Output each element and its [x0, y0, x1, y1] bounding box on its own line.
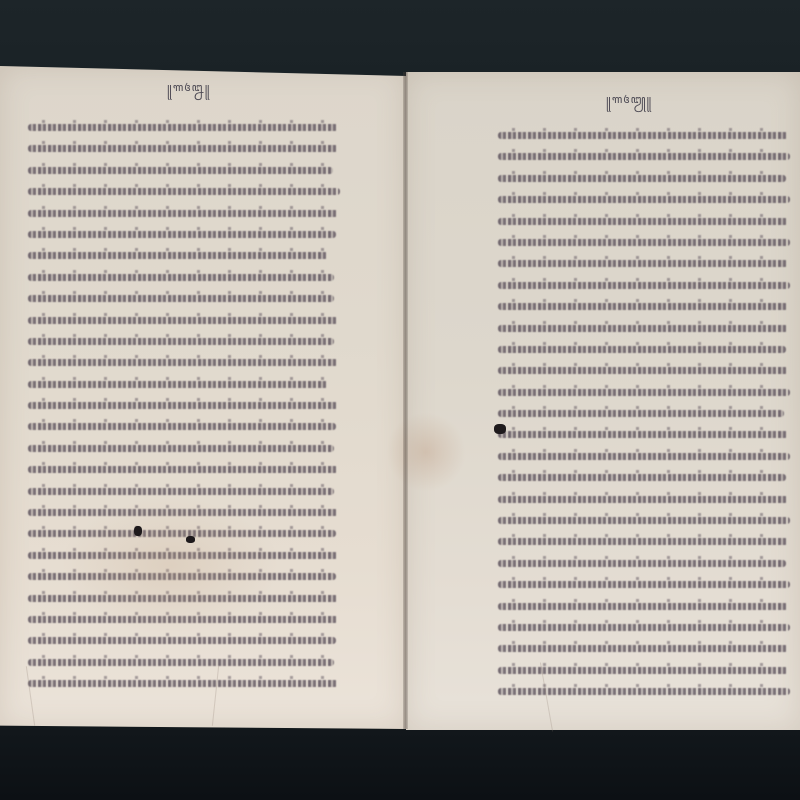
- manuscript-line: line 11: [498, 338, 793, 359]
- handwritten-text: line 23: [28, 595, 338, 602]
- handwritten-text: line 20: [498, 538, 788, 545]
- left-page: ꧋꧑꧔꧒꧋ line 1line 2line 3line 4line 5line…: [0, 66, 406, 729]
- manuscript-line: line 2: [28, 137, 366, 158]
- handwritten-text: line 11: [498, 346, 786, 353]
- handwritten-text: line 1: [498, 132, 788, 139]
- handwritten-text: line 19: [498, 517, 790, 524]
- handwritten-text: line 6: [28, 231, 336, 238]
- handwritten-text: line 4: [498, 196, 790, 203]
- handwritten-text: line 18: [498, 496, 788, 503]
- manuscript-line: line 12: [28, 351, 366, 372]
- handwritten-text: line 23: [498, 603, 788, 610]
- handwritten-text: line 15: [498, 431, 788, 438]
- manuscript-line: line 7: [28, 244, 366, 265]
- manuscript-line: line 24: [498, 616, 793, 637]
- handwritten-text: line 3: [498, 175, 786, 182]
- manuscript-line: line 14: [498, 402, 793, 423]
- book-gutter: [403, 72, 408, 729]
- handwritten-text: line 10: [498, 325, 788, 332]
- left-ink-blot-2: [186, 536, 195, 543]
- manuscript-line: line 9: [28, 287, 366, 308]
- handwritten-text: line 9: [498, 303, 788, 310]
- manuscript-line: line 3: [28, 159, 366, 180]
- right-page: ꧋꧑꧔꧓꧋ line 1line 2line 3line 4line 5line…: [406, 72, 800, 730]
- manuscript-line: line 27: [498, 680, 793, 701]
- manuscript-line: line 2: [498, 145, 793, 166]
- manuscript-line: line 1: [498, 124, 793, 145]
- handwritten-text: line 8: [498, 282, 790, 289]
- handwritten-text: line 26: [28, 659, 334, 666]
- manuscript-line: line 21: [28, 544, 366, 565]
- manuscript-line: line 13: [498, 381, 793, 402]
- right-page-number: ꧋꧑꧔꧓꧋: [606, 92, 652, 114]
- manuscript-line: line 18: [28, 480, 366, 501]
- handwritten-text: line 2: [28, 145, 338, 152]
- manuscript-line: line 21: [498, 552, 793, 573]
- manuscript-line: line 19: [28, 501, 366, 522]
- manuscript-line: line 4: [28, 180, 366, 201]
- manuscript-line: line 18: [498, 488, 793, 509]
- manuscript-line: line 8: [498, 274, 793, 295]
- manuscript-line: line 6: [498, 231, 793, 252]
- handwritten-text: line 2: [498, 153, 790, 160]
- manuscript-line: line 27: [28, 672, 366, 693]
- manuscript-line: line 16: [28, 437, 366, 458]
- manuscript-line: line 6: [28, 223, 366, 244]
- left-ink-blot: [134, 526, 142, 536]
- handwritten-text: line 3: [28, 167, 333, 174]
- open-manuscript: ꧋꧑꧔꧒꧋ line 1line 2line 3line 4line 5line…: [0, 66, 800, 730]
- manuscript-line: line 10: [28, 309, 366, 330]
- manuscript-line: line 15: [498, 423, 793, 444]
- manuscript-line: line 9: [498, 295, 793, 316]
- manuscript-line: line 22: [28, 565, 366, 586]
- handwritten-text: line 21: [28, 552, 338, 559]
- manuscript-line: line 25: [28, 629, 366, 650]
- manuscript-line: line 14: [28, 394, 366, 415]
- handwritten-text: line 17: [28, 466, 338, 473]
- handwritten-text: line 5: [498, 218, 788, 225]
- manuscript-line: line 15: [28, 415, 366, 436]
- handwritten-text: line 18: [28, 488, 334, 495]
- handwritten-text: line 17: [498, 474, 786, 481]
- handwritten-text: line 21: [498, 560, 786, 567]
- manuscript-line: line 19: [498, 509, 793, 530]
- manuscript-line: line 1: [28, 116, 366, 137]
- left-page-text-block: line 1line 2line 3line 4line 5line 6line…: [28, 116, 366, 694]
- handwritten-text: line 5: [28, 210, 338, 217]
- handwritten-text: line 19: [28, 509, 338, 516]
- handwritten-text: line 10: [28, 317, 338, 324]
- handwritten-text: line 7: [28, 252, 328, 259]
- manuscript-line: line 25: [498, 637, 793, 658]
- handwritten-text: line 24: [498, 624, 790, 631]
- handwritten-text: line 14: [28, 402, 338, 409]
- handwritten-text: line 16: [498, 453, 790, 460]
- right-ink-blot: [494, 424, 506, 434]
- manuscript-line: line 7: [498, 252, 793, 273]
- handwritten-text: line 16: [28, 445, 334, 452]
- manuscript-line: line 5: [28, 202, 366, 223]
- manuscript-line: line 22: [498, 573, 793, 594]
- manuscript-line: line 5: [498, 210, 793, 231]
- manuscript-line: line 20: [28, 522, 366, 543]
- handwritten-text: line 13: [498, 389, 790, 396]
- handwritten-text: line 25: [498, 645, 788, 652]
- handwritten-text: line 9: [28, 295, 334, 302]
- handwritten-text: line 15: [28, 423, 336, 430]
- handwritten-text: line 24: [28, 616, 338, 623]
- manuscript-line: line 23: [498, 595, 793, 616]
- manuscript-line: line 23: [28, 587, 366, 608]
- handwritten-text: line 27: [28, 680, 338, 687]
- handwritten-text: line 11: [28, 338, 334, 345]
- handwritten-text: line 4: [28, 188, 340, 195]
- manuscript-line: line 17: [28, 458, 366, 479]
- handwritten-text: line 12: [28, 359, 338, 366]
- manuscript-line: line 26: [28, 651, 366, 672]
- handwritten-text: line 12: [498, 367, 788, 374]
- handwritten-text: line 22: [498, 581, 790, 588]
- manuscript-line: line 10: [498, 317, 793, 338]
- handwritten-text: line 27: [498, 688, 790, 695]
- manuscript-line: line 4: [498, 188, 793, 209]
- manuscript-line: line 17: [498, 466, 793, 487]
- left-page-number: ꧋꧑꧔꧒꧋: [167, 80, 211, 102]
- manuscript-line: line 8: [28, 266, 366, 287]
- manuscript-line: line 13: [28, 373, 366, 394]
- manuscript-line: line 3: [498, 167, 793, 188]
- right-page-text-block: line 1line 2line 3line 4line 5line 6line…: [498, 124, 793, 702]
- manuscript-line: line 11: [28, 330, 366, 351]
- manuscript-line: line 20: [498, 530, 793, 551]
- handwritten-text: line 6: [498, 239, 790, 246]
- handwritten-text: line 20: [28, 530, 336, 537]
- handwritten-text: line 25: [28, 637, 336, 644]
- manuscript-line: line 24: [28, 608, 366, 629]
- handwritten-text: line 8: [28, 274, 334, 281]
- handwritten-text: line 14: [498, 410, 784, 417]
- manuscript-line: line 16: [498, 445, 793, 466]
- handwritten-text: line 7: [498, 260, 788, 267]
- handwritten-text: line 22: [28, 573, 336, 580]
- manuscript-line: line 12: [498, 359, 793, 380]
- handwritten-text: line 1: [28, 124, 338, 131]
- handwritten-text: line 13: [28, 381, 328, 388]
